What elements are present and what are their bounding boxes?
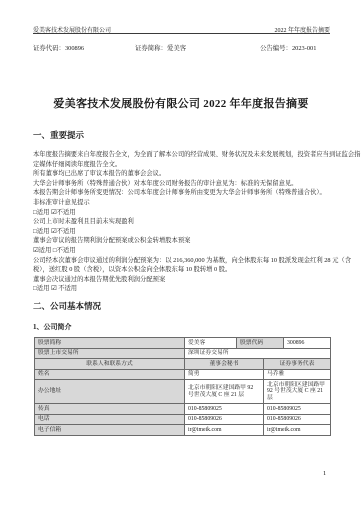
- phone-label-cell: 电话: [35, 414, 185, 425]
- address-label-cell: 办公地址: [35, 380, 185, 404]
- table-row: 股票简称 爱美客 股票代码 300896: [35, 338, 331, 349]
- table-row: 电话 010-85809026 010-85809026: [35, 414, 331, 425]
- secretary-email-cell: ir@imeik.com: [185, 425, 264, 436]
- body-line: 公司上市时未盈利且目前未实现盈利: [33, 217, 333, 227]
- representative-header-cell: 证券事务代表: [264, 359, 331, 370]
- secretary-address-cell: 北京市朝阳区建国路甲 92 号世茂大厦 C 座 21 层: [185, 380, 264, 404]
- announcement-no-text: 公告编号：2023-001: [260, 43, 316, 52]
- body-line: 所有董事均已出席了审议本报告的董事会会议。: [33, 169, 333, 179]
- body-line: 定媒体仔细阅读年度报告全文。: [33, 160, 333, 170]
- contact-header-cell: 联系人和联系方式: [35, 359, 185, 370]
- section-basic-heading: 二、公司基本情况: [33, 300, 101, 312]
- email-label-cell: 电子信箱: [35, 425, 185, 436]
- body-line: 非标准审计意见提示: [33, 198, 333, 208]
- page-number: 1: [323, 470, 326, 477]
- exchange-label-cell: 股票上市交易所: [35, 348, 185, 359]
- secretary-phone-cell: 010-85809026: [185, 414, 264, 425]
- body-line: 税），送红股 0 股（含税），以资本公积金向全体股东每 10 股转增 0 股。: [33, 265, 333, 275]
- representative-email-cell: ir@imeik.com: [264, 425, 331, 436]
- body-line: 本报告期会计师事务所变更情况：公司本年度会计师事务所由变更为大华会计师事务所（特…: [33, 188, 333, 198]
- body-line: 董事会审议的报告期利润分配预案或公积金转增股本预案: [33, 236, 333, 246]
- stock-abbr-label-cell: 股票简称: [35, 338, 185, 349]
- company-profile-table: 股票简称 爱美客 股票代码 300896 股票上市交易所 深圳证券交易所 联系人…: [34, 337, 331, 436]
- table-header-row: 联系人和联系方式 董事会秘书 证券事务代表: [35, 359, 331, 370]
- section-important-heading: 一、重要提示: [33, 129, 84, 141]
- document-title: 爱美客技术发展股份有限公司 2022 年年度报告摘要: [0, 95, 362, 111]
- body-line: 大华会计师事务所（特殊普通合伙）对本年度公司财务报告的审计意见为：标准的无保留意…: [33, 179, 333, 189]
- stock-code-label-cell: 股票代码: [237, 338, 284, 349]
- name-label-cell: 姓名: [35, 369, 185, 380]
- section-important-body: 本年度报告摘要来自年度报告全文，为全面了解本公司的经营成果、财务状况及未来发展规…: [33, 150, 333, 294]
- secretary-name-cell: 简勇: [185, 369, 264, 380]
- checkbox-line: □适用 ☑ 不适用: [33, 284, 333, 294]
- stock-code-value-cell: 300896: [284, 338, 331, 349]
- stock-code-text: 证券代码：300896: [33, 43, 84, 52]
- body-line: 公司经本次董事会审议通过的利润分配预案为：以 216,360,000 为基数，向…: [33, 256, 333, 266]
- representative-phone-cell: 010-85809026: [264, 414, 331, 425]
- checkbox-line: □适用 ☑不适用: [33, 208, 333, 218]
- body-line: 董事会决议通过的本报告期优先股利润分配预案: [33, 275, 333, 285]
- body-line: 本年度报告摘要来自年度报告全文，为全面了解本公司的经营成果、财务状况及未来发展规…: [33, 150, 333, 160]
- table-row: 传真 010-85809025 010-85809025: [35, 404, 331, 415]
- securities-info-row: 证券代码：300896 证券简称：爱美客 公告编号：2023-001: [0, 43, 362, 53]
- secretary-header-cell: 董事会秘书: [185, 359, 264, 370]
- table-row: 姓名 简勇 马乔雅: [35, 369, 331, 380]
- stock-abbr-text: 证券简称：爱美客: [135, 43, 186, 52]
- table-row: 办公地址 北京市朝阳区建国路甲 92 号世茂大厦 C 座 21 层 北京市朝阳区…: [35, 380, 331, 404]
- representative-name-cell: 马乔雅: [264, 369, 331, 380]
- stock-abbr-value-cell: 爱美客: [185, 338, 237, 349]
- header-rule: [33, 33, 330, 34]
- representative-fax-cell: 010-85809025: [264, 404, 331, 415]
- secretary-fax-cell: 010-85809025: [185, 404, 264, 415]
- company-profile-subheading: 1、公司简介: [33, 322, 72, 332]
- checkbox-line: ☑适用 □不适用: [33, 246, 333, 256]
- exchange-value-cell: 深圳证券交易所: [185, 348, 331, 359]
- report-page: 爱美客技术发展股份有限公司 2022 年年度报告摘要 证券代码：300896 证…: [0, 0, 362, 512]
- table-row: 电子信箱 ir@imeik.com ir@imeik.com: [35, 425, 331, 436]
- representative-address-cell: 北京市朝阳区建国路甲 92 号世茂大厦 C 座 21 层: [264, 380, 331, 404]
- table-row: 股票上市交易所 深圳证券交易所: [35, 348, 331, 359]
- checkbox-line: □适用 ☑不适用: [33, 227, 333, 237]
- fax-label-cell: 传真: [35, 404, 185, 415]
